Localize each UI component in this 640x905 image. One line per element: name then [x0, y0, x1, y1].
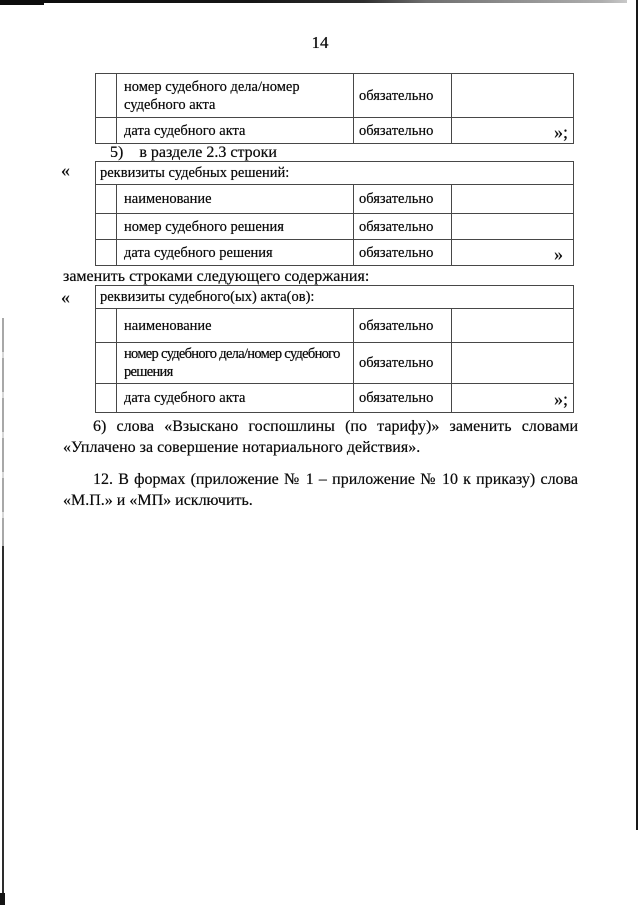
table-header-cell: реквизиты судебных решений: [96, 162, 574, 185]
indent-cell [96, 118, 117, 144]
closing-quote-mark: »; [554, 124, 568, 140]
table-row: наименование обязательно [96, 309, 574, 343]
table-header-row: реквизиты судебных решений: [96, 162, 574, 185]
field-name-cell: дата судебного акта [117, 384, 354, 413]
required-cell: обязательно [354, 240, 452, 266]
indent-cell [96, 74, 117, 118]
table-header-cell: реквизиты судебного(ых) акта(ов): [96, 286, 574, 309]
indent-cell [96, 309, 117, 343]
closing-quote-mark: » [554, 246, 563, 262]
scan-artifact-bottom-left-blob [0, 893, 5, 905]
table-row: дата судебного акта обязательно [96, 384, 574, 413]
quoted-table-judicial-decisions: реквизиты судебных решений: наименование… [95, 161, 574, 266]
required-cell: обязательно [354, 343, 452, 384]
required-cell: обязательно [354, 214, 452, 240]
document-page: 14 номер судебного дела/номер судебного … [0, 0, 640, 905]
opening-quote-mark: « [61, 289, 70, 305]
indent-cell [96, 343, 117, 384]
required-cell: обязательно [354, 74, 452, 118]
required-cell: обязательно [354, 384, 452, 413]
item-5-number: 5) [110, 142, 123, 163]
field-name-cell: номер судебного решения [117, 214, 354, 240]
empty-value-cell [452, 185, 574, 214]
empty-value-cell [452, 74, 574, 118]
item-12-paragraph: 12. В формах (приложение № 1 – приложени… [63, 469, 578, 511]
field-name-cell: наименование [117, 185, 354, 214]
table-row: дата судебного решения обязательно [96, 240, 574, 266]
indent-cell [96, 240, 117, 266]
opening-quote-mark: « [61, 162, 70, 178]
scan-artifact-top-left-blob [0, 0, 44, 5]
scan-artifact-left-edge-gray [2, 318, 4, 546]
indent-cell [96, 185, 117, 214]
table-row: номер судебного дела/номер судебного акт… [96, 74, 574, 118]
page-number: 14 [300, 33, 340, 53]
table-continuation-fragment: номер судебного дела/номер судебного акт… [95, 73, 574, 144]
item-5-line: 5)в разделе 2.3 строки [110, 142, 277, 163]
table-row: номер судебного дела/номер судебного реш… [96, 343, 574, 384]
replace-clause-line: заменить строками следующего содержания: [63, 266, 369, 287]
scan-artifact-top-edge [0, 0, 627, 3]
table-row: наименование обязательно [96, 185, 574, 214]
table-row: номер судебного решения обязательно [96, 214, 574, 240]
quoted-table-judicial-acts: реквизиты судебного(ых) акта(ов): наимен… [95, 285, 574, 413]
table-row: дата судебного акта обязательно [96, 118, 574, 144]
empty-value-cell [452, 309, 574, 343]
indent-cell [96, 214, 117, 240]
scan-artifact-right-edge [636, 0, 638, 830]
item-5-text: в разделе 2.3 строки [139, 144, 277, 161]
required-cell: обязательно [354, 309, 452, 343]
indent-cell [96, 384, 117, 413]
empty-value-cell [452, 214, 574, 240]
closing-quote-mark: »; [554, 391, 568, 407]
empty-value-cell [452, 343, 574, 384]
required-cell: обязательно [354, 118, 452, 144]
scan-artifact-left-edge-dark [2, 546, 4, 905]
field-name-cell: номер судебного дела/номер судебного акт… [117, 74, 354, 118]
field-name-cell: наименование [117, 309, 354, 343]
field-name-cell: дата судебного акта [117, 118, 354, 144]
item-6-paragraph: 6) слова «Взыскано госпошлины (по тарифу… [63, 416, 578, 458]
field-name-cell: номер судебного дела/номер судебного реш… [117, 343, 354, 384]
field-name-cell: дата судебного решения [117, 240, 354, 266]
required-cell: обязательно [354, 185, 452, 214]
table-header-row: реквизиты судебного(ых) акта(ов): [96, 286, 574, 309]
